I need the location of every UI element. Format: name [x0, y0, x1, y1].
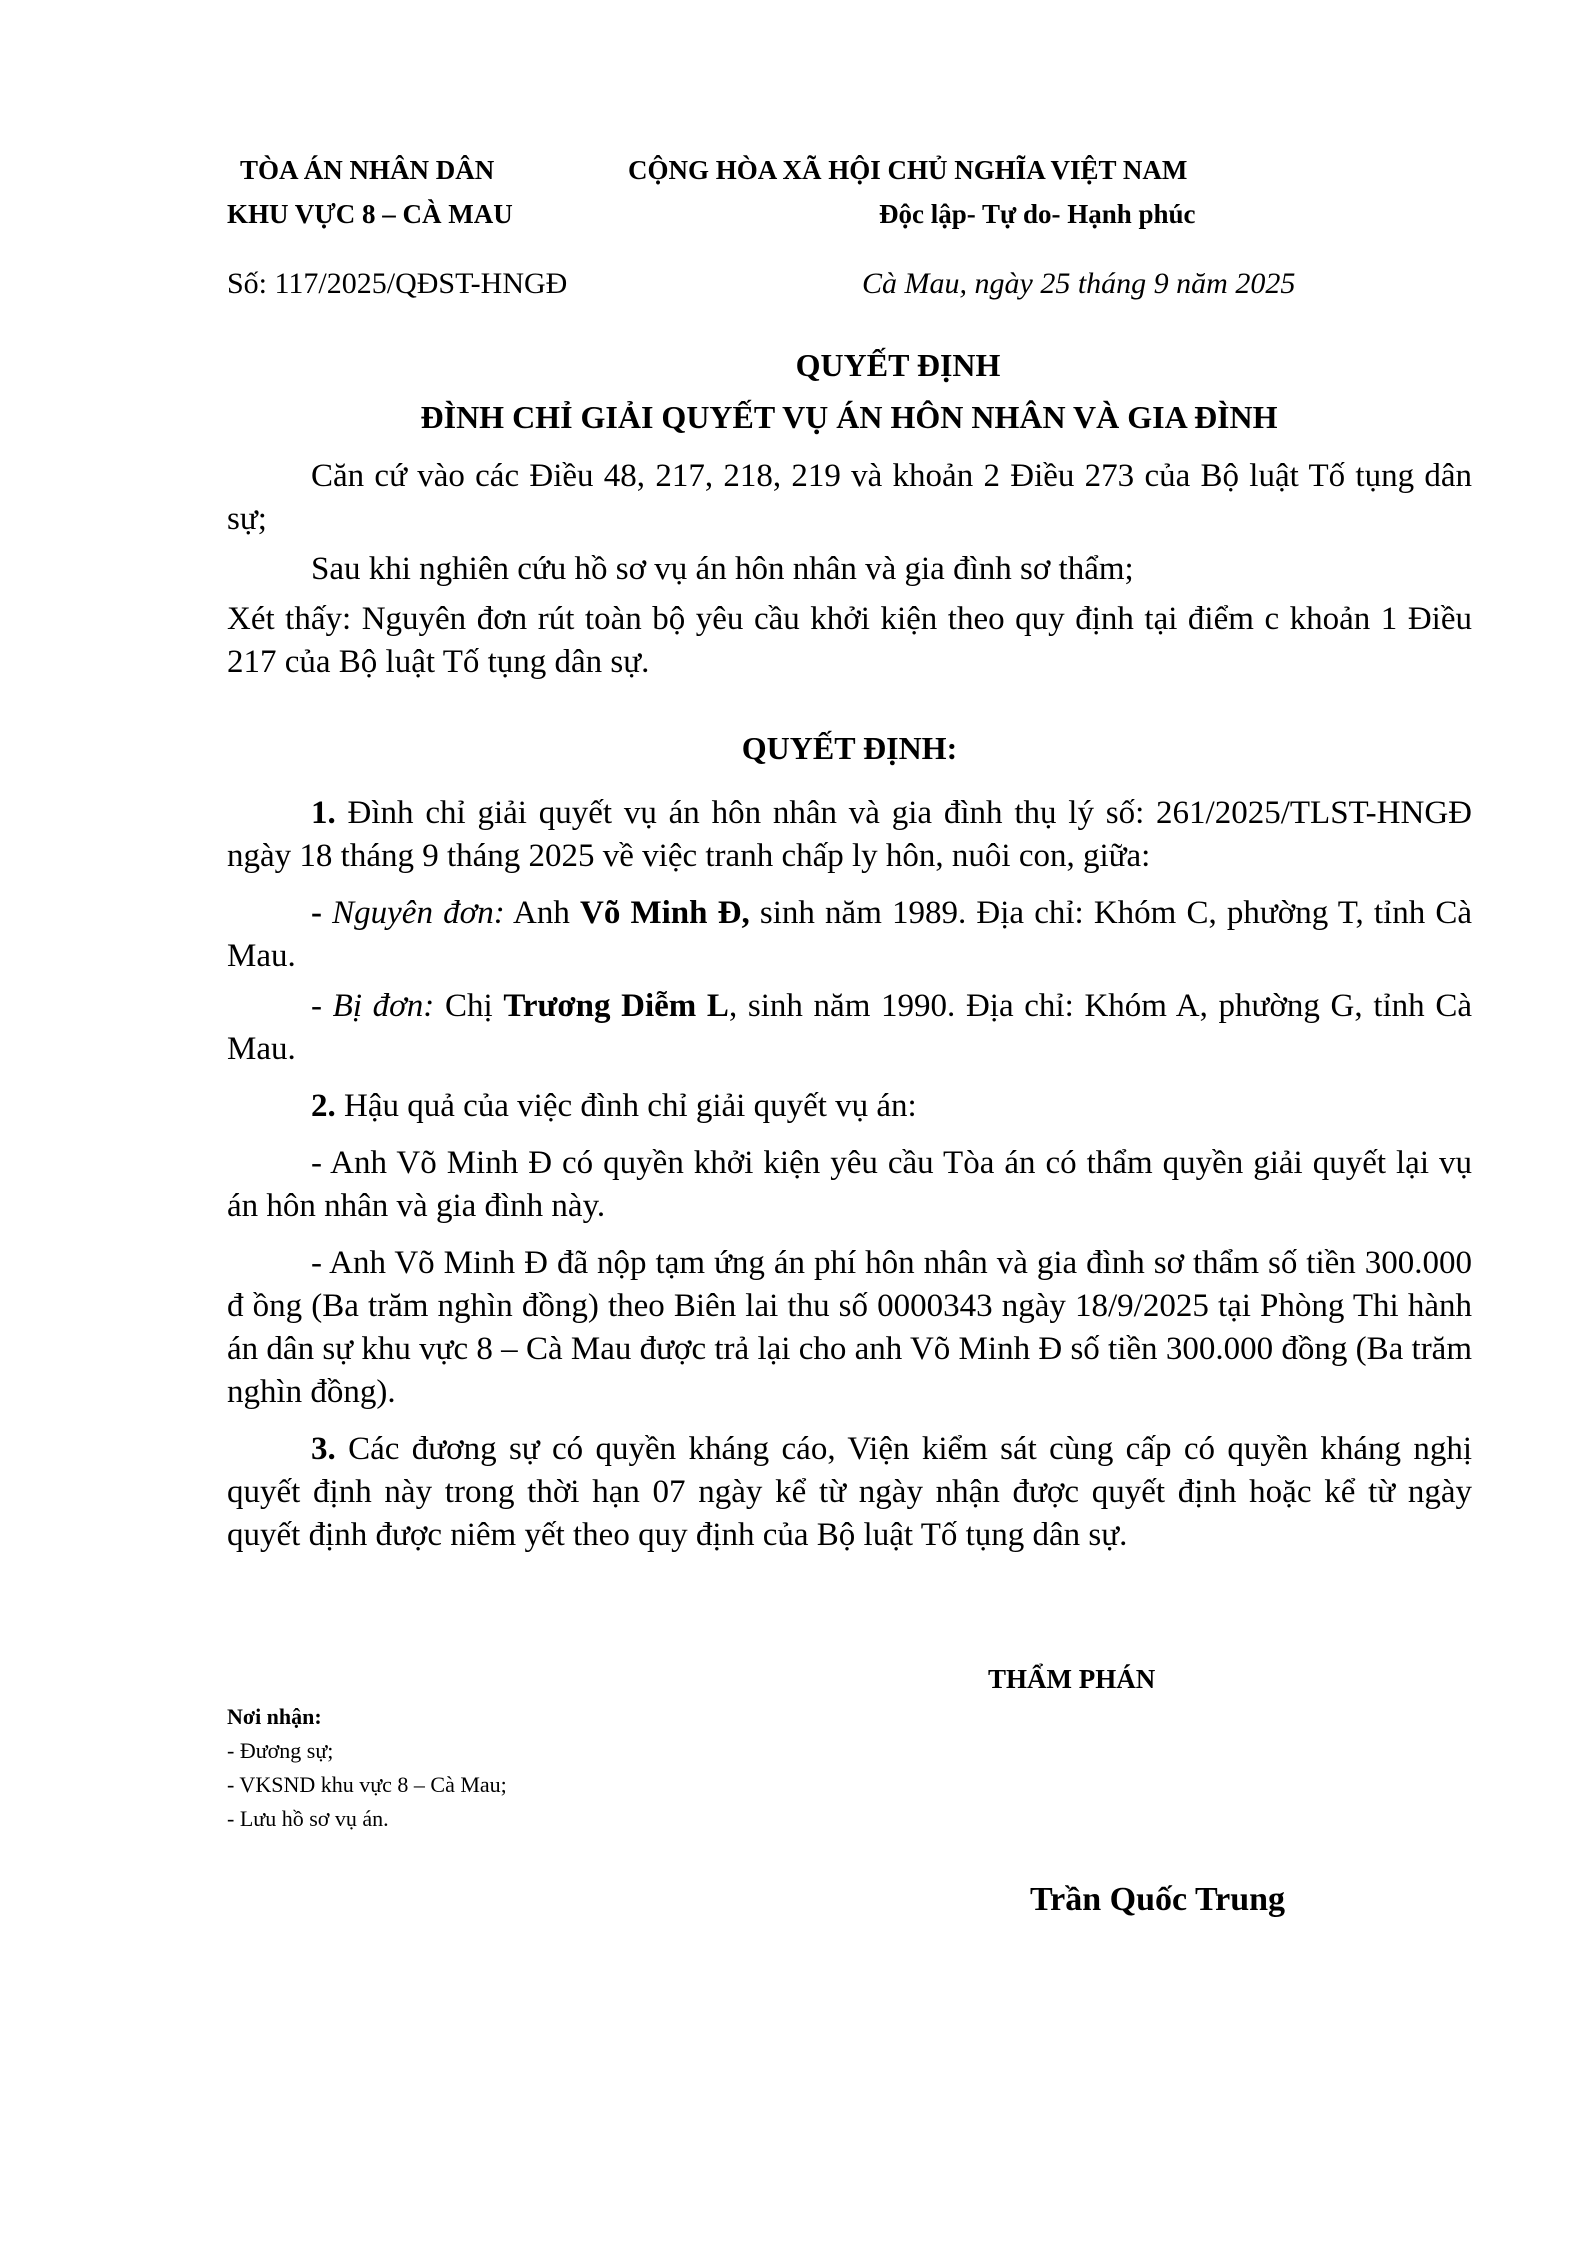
plaintiff-prefix: Anh: [505, 895, 580, 931]
judge-title: THẨM PHÁN: [988, 1664, 1155, 1695]
recipients-heading: Nơi nhận:: [227, 1700, 507, 1734]
item-text: Đình chỉ giải quyết vụ án hôn nhân và gi…: [227, 795, 1472, 874]
defendant-paragraph: - Bị đơn: Chị Trương Diễm L, sinh năm 19…: [227, 985, 1472, 1071]
court-region: KHU VỰC 8 – CÀ MAU: [227, 201, 513, 228]
document-body: Căn cứ vào các Điều 48, 217, 218, 219 và…: [227, 455, 1472, 1557]
item-text: Hậu quả của việc đình chỉ giải quyết vụ …: [336, 1088, 917, 1124]
review-paragraph: Sau khi nghiên cứu hồ sơ vụ án hôn nhân …: [227, 548, 1472, 591]
item-number: 1.: [311, 795, 336, 831]
signer-name: Trần Quốc Trung: [1030, 1881, 1285, 1919]
plaintiff-label: Nguyên đơn:: [332, 895, 505, 931]
recipient-item: - Lưu hồ sơ vụ án.: [227, 1802, 507, 1836]
court-name: TÒA ÁN NHÂN DÂN: [240, 157, 494, 184]
dash: -: [311, 988, 333, 1024]
defendant-name: Trương Diễm L: [503, 988, 729, 1024]
document-number: Số: 117/2025/QĐST-HNGĐ: [227, 269, 567, 299]
dash: -: [311, 895, 332, 931]
national-title: CỘNG HÒA XÃ HỘI CHỦ NGHĨA VIỆT NAM: [628, 157, 1187, 184]
place-date: Cà Mau, ngày 25 tháng 9 năm 2025: [862, 269, 1295, 299]
defendant-prefix: Chị: [434, 988, 503, 1024]
decision-item-2: 2. Hậu quả của việc đình chỉ giải quyết …: [227, 1085, 1472, 1128]
item-text: Các đương sự có quyền kháng cáo, Viện ki…: [227, 1431, 1472, 1553]
document-title: QUYẾT ĐỊNH: [0, 349, 1586, 381]
basis-paragraph: Căn cứ vào các Điều 48, 217, 218, 219 và…: [227, 455, 1472, 541]
decision-item-1: 1. Đình chỉ giải quyết vụ án hôn nhân và…: [227, 792, 1472, 878]
item-number: 3.: [311, 1431, 336, 1467]
recipient-item: - VKSND khu vực 8 – Cà Mau;: [227, 1768, 507, 1802]
recipient-item: - Đương sự;: [227, 1734, 507, 1768]
defendant-label: Bị đơn:: [333, 988, 435, 1024]
consequence-2: - Anh Võ Minh Đ đã nộp tạm ứng án phí hô…: [227, 1242, 1472, 1414]
finding-paragraph: Xét thấy: Nguyên đơn rút toàn bộ yêu cầu…: [227, 598, 1472, 684]
plaintiff-paragraph: - Nguyên đơn: Anh Võ Minh Đ, sinh năm 19…: [227, 892, 1472, 978]
item-number: 2.: [311, 1088, 336, 1124]
national-motto: Độc lập- Tự do- Hạnh phúc: [879, 201, 1196, 228]
decision-heading: QUYẾT ĐỊNH:: [227, 727, 1472, 770]
plaintiff-name: Võ Minh Đ,: [580, 895, 750, 931]
document-subtitle: ĐÌNH CHỈ GIẢI QUYẾT VỤ ÁN HÔN NHÂN VÀ GI…: [0, 401, 1586, 433]
decision-item-3: 3. Các đương sự có quyền kháng cáo, Viện…: [227, 1428, 1472, 1557]
recipients-block: Nơi nhận: - Đương sự; - VKSND khu vực 8 …: [227, 1700, 507, 1836]
consequence-1: - Anh Võ Minh Đ có quyền khởi kiện yêu c…: [227, 1142, 1472, 1228]
